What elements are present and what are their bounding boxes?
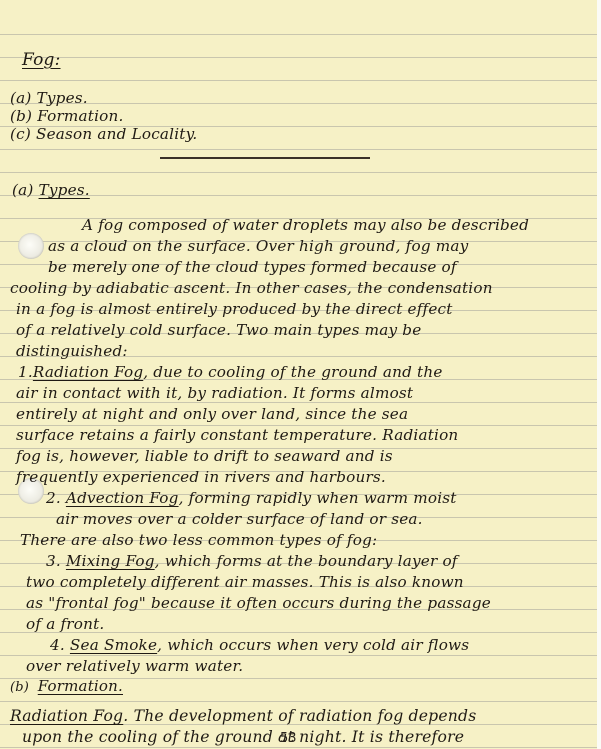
para-line: as a cloud on the surface. Over high gro… [48, 236, 468, 256]
para-line: over relatively warm water. [26, 656, 243, 676]
notebook-page: Fog: (a) Types. (b) Formation. (c) Seaso… [0, 0, 601, 749]
para-line: air in contact with it, by radiation. It… [16, 383, 413, 403]
para-line: upon the cooling of the ground at night.… [22, 727, 464, 747]
para-line: two completely different air masses. Thi… [26, 572, 464, 592]
section-divider [160, 157, 370, 159]
outline-item-a: (a) Types. [10, 88, 88, 108]
para-line: frequently experienced in rivers and har… [16, 467, 386, 487]
para-line: of a front. [26, 614, 104, 634]
type-1-line: 1.Radiation Fog, due to cooling of the g… [18, 362, 443, 382]
type-4-line: 4. Sea Smoke, which occurs when very col… [50, 635, 469, 655]
section-b-heading: (b) Formation. [10, 676, 123, 698]
punch-hole-top [18, 233, 44, 259]
type-3-line: 3. Mixing Fog, which forms at the bounda… [46, 551, 458, 571]
para-line: air moves over a colder surface of land … [56, 509, 423, 529]
outline-item-c: (c) Season and Locality. [10, 124, 197, 144]
para-line: distinguished: [16, 341, 128, 361]
para-line: as "frontal fog" because it often occurs… [26, 593, 491, 613]
para-line: be merely one of the cloud types formed … [48, 257, 457, 277]
para-line: A fog composed of water droplets may als… [82, 215, 529, 235]
page-title: Fog: [22, 50, 61, 70]
para-line: surface retains a fairly constant temper… [16, 425, 458, 445]
para-line: in a fog is almost entirely produced by … [16, 299, 453, 319]
type-2-line: 2. Advection Fog, forming rapidly when w… [46, 488, 457, 508]
formation-line: Radiation Fog. The development of radiat… [10, 706, 476, 726]
section-a-heading: (a) Types. [12, 180, 90, 200]
less-common-intro: There are also two less common types of … [20, 530, 377, 550]
para-line: fog is, however, liable to drift to seaw… [16, 446, 393, 466]
outline-item-b: (b) Formation. [10, 106, 124, 126]
para-line: entirely at night and only over land, si… [16, 404, 408, 424]
para-line: of a relatively cold surface. Two main t… [16, 320, 421, 340]
page-edge [597, 0, 601, 749]
page-number: 53 [280, 731, 297, 746]
para-line: cooling by adiabatic ascent. In other ca… [10, 278, 493, 298]
